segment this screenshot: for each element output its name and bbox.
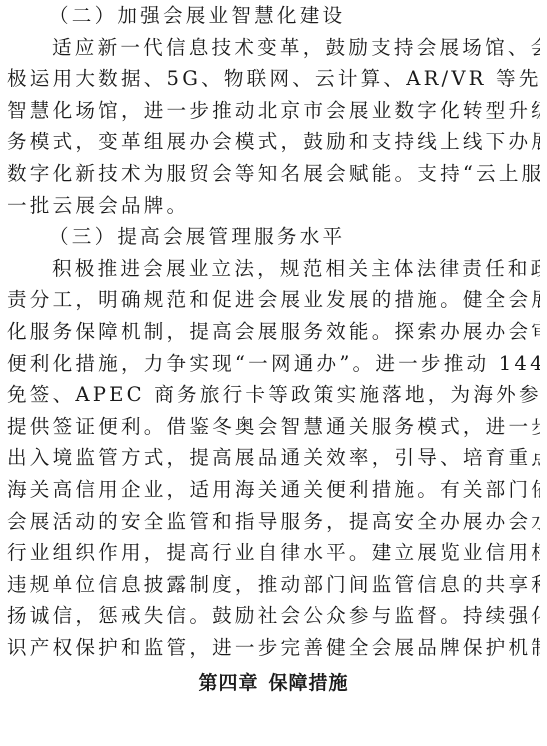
paragraph-line: 扬诚信，惩戒失信。鼓励社会公众参与监督。持续强化会展业知 — [7, 600, 540, 632]
paragraph-line: 极运用大数据、5G、物联网、云计算、AR/VR 等先进技术，建设 — [7, 63, 540, 95]
paragraph-line: 免签、APEC 商务旅行卡等政策实施落地，为海外参展参会人员 — [7, 379, 540, 411]
chapter-heading: 第四章保障措施 — [7, 665, 540, 701]
paragraph-line: 务模式，变革组展办会模式，鼓励和支持线上线下办展办会，用 — [7, 126, 540, 158]
paragraph-line: 便利化措施，力争实现“一网通办”。进一步推动 144 小时过境 — [7, 348, 540, 380]
paragraph-line: 海关高信用企业，适用海关通关便利措施。有关部门依法加强对 — [7, 474, 540, 506]
paragraph-line: 数字化新技术为服贸会等知名展会赋能。支持“云上服贸会”等 — [7, 158, 540, 190]
paragraph-line: 行业组织作用，提高行业自律水平。建立展览业信用档案和违法 — [7, 537, 540, 569]
paragraph-line: 积极推进会展业立法，规范相关主体法律责任和政府部门职 — [7, 253, 540, 285]
document-page: （二）加强会展业智慧化建设 适应新一代信息技术变革，鼓励支持会展场馆、会展企业积… — [0, 0, 547, 746]
paragraph-line: 化服务保障机制，提高会展服务效能。探索办展办会审批备案的 — [7, 316, 540, 348]
paragraph-line: 违规单位信息披露制度，推动部门间监管信息的共享和公开，褒 — [7, 569, 540, 601]
chapter-title: 保障措施 — [269, 672, 349, 694]
paragraph-line: 提供签证便利。借鉴冬奥会智慧通关服务模式，进一步优化展品 — [7, 411, 540, 443]
paragraph-line: 一批云展会品牌。 — [7, 190, 540, 222]
paragraph-line: 会展活动的安全监管和指导服务，提高安全办展办会水平。发挥 — [7, 506, 540, 538]
paragraph-line: 智慧化场馆，进一步推动北京市会展业数字化转型升级。创新服 — [7, 95, 540, 127]
chapter-number: 第四章 — [198, 672, 258, 694]
paragraph-line: 识产权保护和监管，进一步完善健全会展品牌保护机制。 — [7, 632, 540, 664]
paragraph-line: 出入境监管方式，提高展品通关效率，引导、培育重点企业成为 — [7, 442, 540, 474]
paragraph-line: 适应新一代信息技术变革，鼓励支持会展场馆、会展企业积 — [7, 32, 540, 64]
paragraph-line: 责分工，明确规范和促进会展业发展的措施。健全会展活动常态 — [7, 284, 540, 316]
section-heading-3: （三）提高会展管理服务水平 — [7, 221, 540, 253]
section-heading-2: （二）加强会展业智慧化建设 — [7, 0, 540, 32]
